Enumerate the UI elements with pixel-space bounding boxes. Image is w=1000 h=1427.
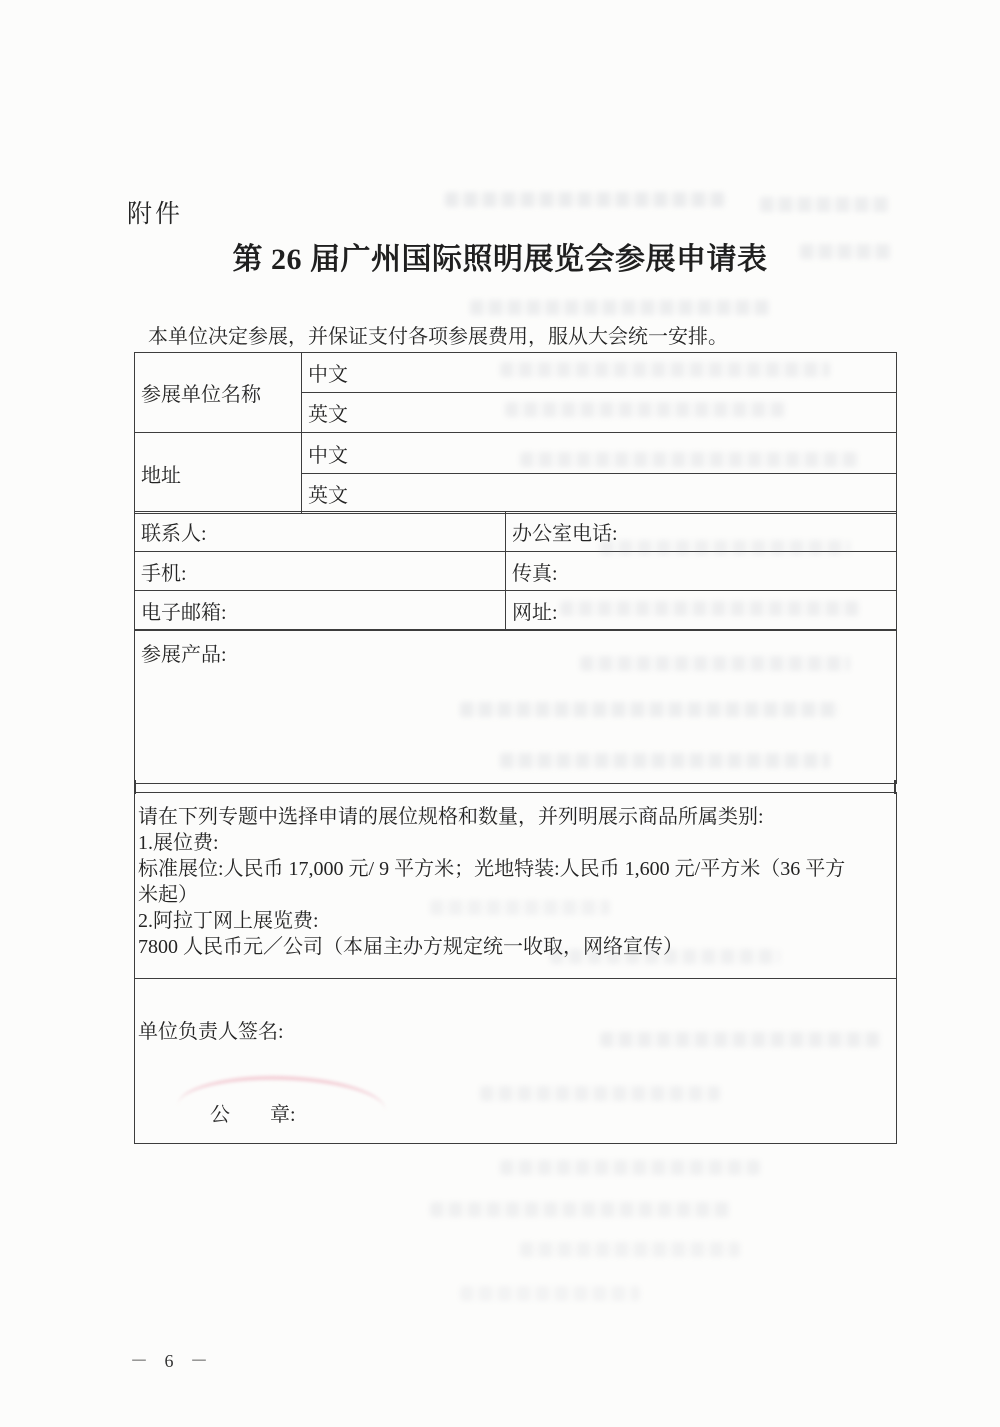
fees-online-fee-line: 7800 人民币元／公司（本届主办方规定统一收取，网络宣传） bbox=[138, 934, 896, 960]
bleedthrough-artifact bbox=[445, 192, 725, 207]
exhibitor-name-label: 参展单位名称 bbox=[141, 384, 261, 406]
products-label: 参展产品: bbox=[141, 644, 227, 666]
bleedthrough-artifact bbox=[500, 1160, 760, 1175]
bleedthrough-artifact bbox=[460, 702, 840, 717]
mobile-cell: 手机: bbox=[135, 552, 506, 591]
attachment-label: 附件 bbox=[127, 194, 183, 230]
bleedthrough-artifact bbox=[470, 300, 770, 315]
email-label: 电子邮箱: bbox=[141, 602, 227, 624]
bleedthrough-artifact bbox=[600, 540, 850, 555]
mobile-label: 手机: bbox=[141, 563, 187, 585]
exhibitor-name-label-cell: 参展单位名称 bbox=[135, 353, 302, 433]
email-cell: 电子邮箱: bbox=[135, 591, 506, 631]
bleedthrough-artifact bbox=[800, 244, 892, 259]
lang-label-cn: 中文 bbox=[308, 364, 348, 386]
bleedthrough-artifact bbox=[760, 197, 890, 212]
contact-person-cell: 联系人: bbox=[135, 512, 506, 552]
bleedthrough-artifact bbox=[460, 1286, 640, 1301]
fees-item1-label: 1.展位费: bbox=[138, 830, 896, 856]
fax-cell: 传真: bbox=[506, 552, 897, 591]
bleedthrough-artifact bbox=[580, 656, 850, 671]
bleedthrough-artifact bbox=[480, 1086, 720, 1101]
bleedthrough-artifact bbox=[520, 1242, 740, 1257]
bleedthrough-artifact bbox=[550, 949, 780, 964]
bleedthrough-artifact bbox=[500, 362, 830, 377]
bleedthrough-artifact bbox=[430, 900, 610, 915]
scanned-form-page: 附件 第 26 届广州国际照明展览会参展申请表 本单位决定参展，并保证支付各项参… bbox=[0, 0, 1000, 1427]
bleedthrough-artifact bbox=[505, 402, 785, 417]
signature-cell: 单位负责人签名: 公 章: bbox=[135, 979, 897, 1144]
address-label: 地址 bbox=[141, 465, 181, 487]
fax-label: 传真: bbox=[512, 563, 558, 585]
bleedthrough-artifact bbox=[430, 1202, 730, 1217]
fees-standard-booth-line: 标准展位:人民币 17,000 元/ 9 平方米；光地特装:人民币 1,600 … bbox=[138, 856, 896, 882]
page-number: － 6 － bbox=[130, 1347, 214, 1373]
fees-cell: 请在下列专题中选择申请的展位规格和数量，并列明展示商品所属类别: 1.展位费: … bbox=[135, 793, 897, 979]
bleedthrough-artifact bbox=[500, 753, 830, 768]
intro-sentence: 本单位决定参展，并保证支付各项参展费用，服从大会统一安排。 bbox=[148, 320, 728, 349]
bleedthrough-artifact bbox=[520, 452, 860, 467]
contact-person-label: 联系人: bbox=[141, 523, 207, 545]
lang-label-cn: 中文 bbox=[308, 445, 348, 467]
website-label: 网址: bbox=[512, 602, 558, 624]
address-en-cell: 英文 bbox=[302, 474, 897, 514]
lang-label-en: 英文 bbox=[308, 485, 348, 507]
fees-instruction-line: 请在下列专题中选择申请的展位规格和数量，并列明展示商品所属类别: bbox=[138, 804, 896, 830]
address-label-cell: 地址 bbox=[135, 433, 302, 514]
bleedthrough-artifact bbox=[600, 1032, 880, 1047]
bleedthrough-artifact bbox=[560, 601, 860, 616]
lang-label-en: 英文 bbox=[308, 404, 348, 426]
